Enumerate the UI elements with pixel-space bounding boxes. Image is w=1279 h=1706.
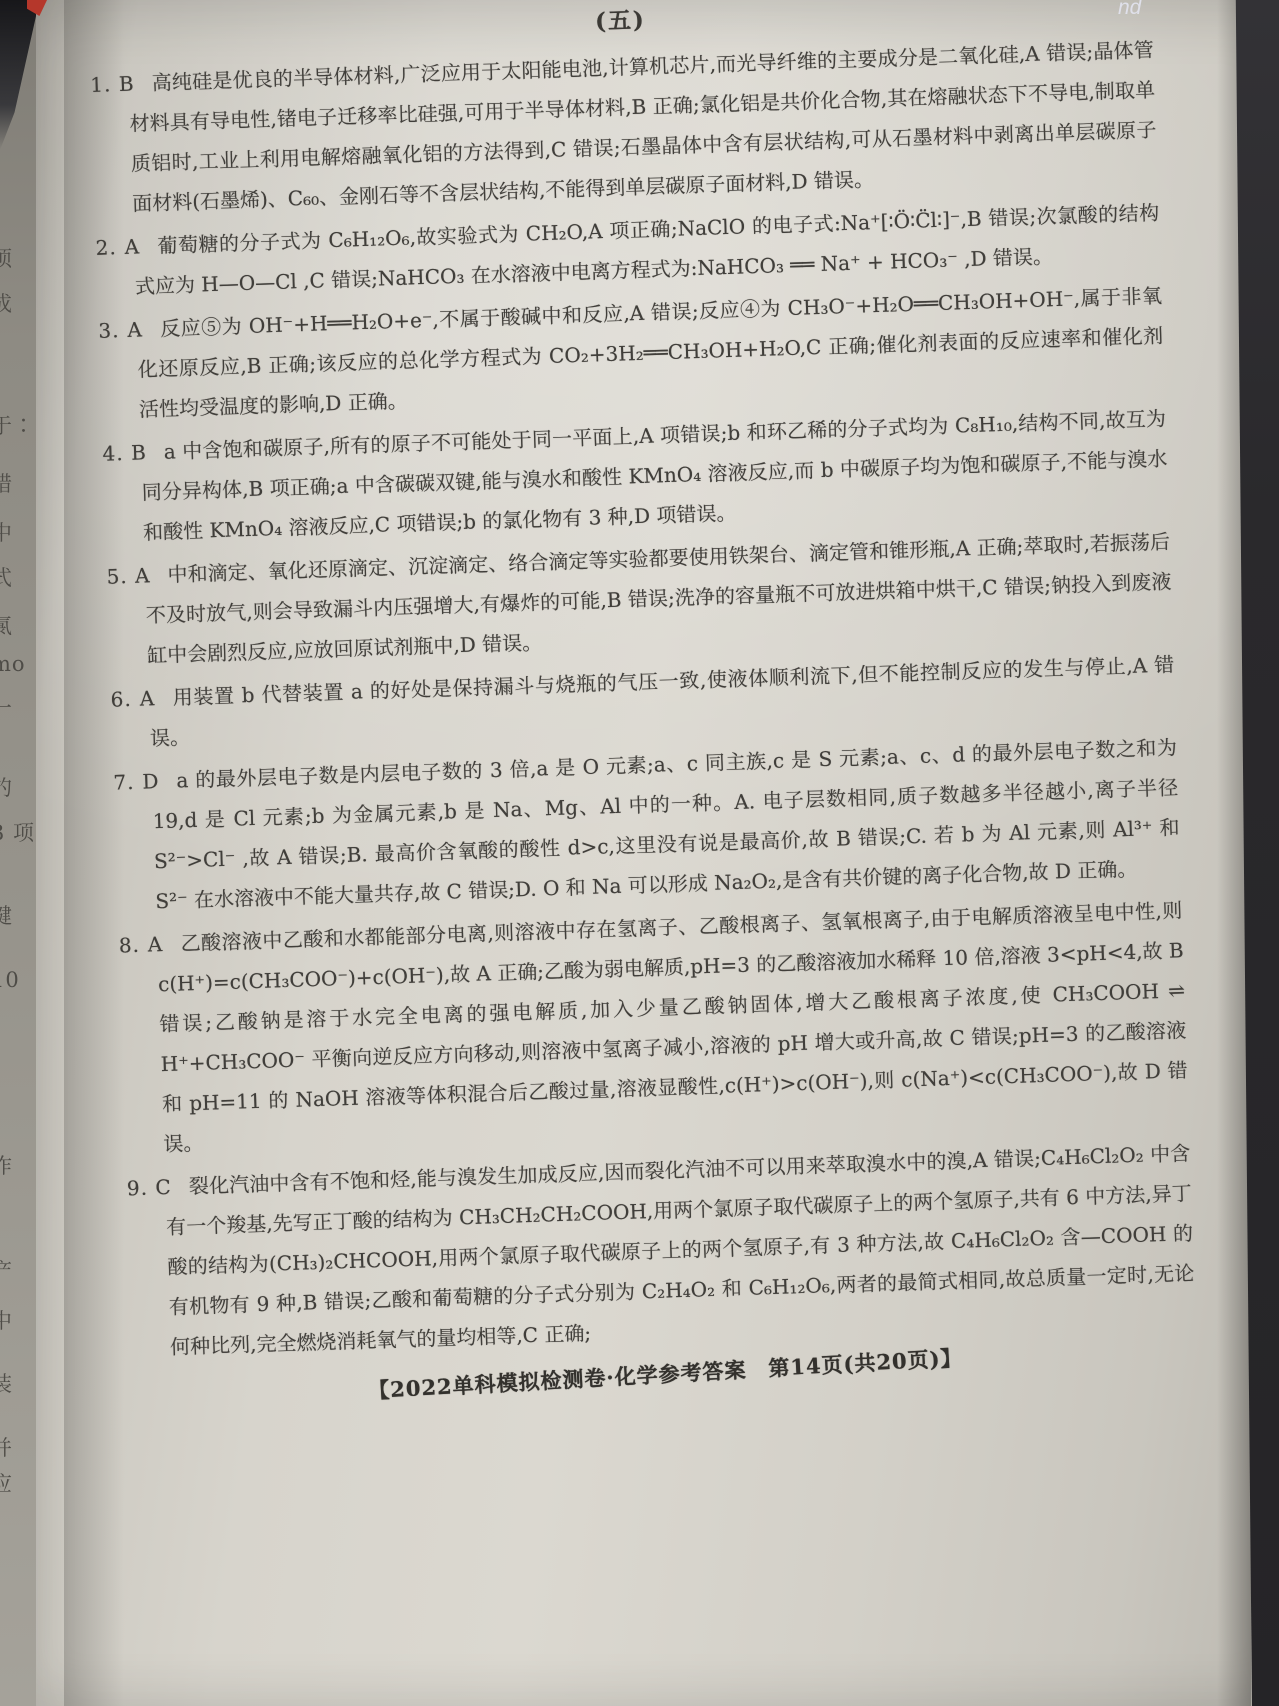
- answer-item: 9. C裂化汽油中含有不饱和烃,能与溴发生加成反应,因而裂化汽油不可以用来萃取溴…: [126, 1133, 1196, 1368]
- edge-fragment: 应: [0, 1468, 13, 1498]
- answer-item: 8. A乙酸溶液中乙酸和水都能部分电离,则溶液中存在氢离子、乙酸根离子、氢氧根离…: [118, 890, 1189, 1165]
- edge-fragment: 成: [0, 288, 13, 318]
- edge-fragment: 错: [0, 468, 13, 498]
- answer-item: 1. B高纯硅是优良的半导体材料,广泛应用于太阳能电池,计算机芯片,而光导纤维的…: [90, 30, 1159, 225]
- answer-list: 1. B高纯硅是优良的半导体材料,广泛应用于太阳能电池,计算机芯片,而光导纤维的…: [90, 30, 1197, 1369]
- item-explanation-text: 高纯硅是优良的半导体材料,广泛应用于太阳能电池,计算机芯片,而光导纤维的主要成分…: [129, 38, 1157, 216]
- photo-of-answer-sheet: 项成于∶错中式氯mo一的3 项键10作产中装并应 (五) 1. B高纯硅是优良的…: [0, 0, 1279, 1706]
- edge-fragment: 3 项: [0, 817, 35, 847]
- item-explanation-text: a 的最外层电子数是内层电子数的 3 倍,a 是 O 元素;a、c 同主族,c …: [152, 735, 1180, 913]
- item-explanation-text: 中和滴定、氧化还原滴定、沉淀滴定、络合滴定等实验都要使用铁架台、滴定管和锥形瓶,…: [146, 529, 1172, 667]
- edge-fragment: 氯: [0, 610, 13, 640]
- edge-fragment: 项: [0, 243, 13, 273]
- edge-fragment: 键: [0, 900, 13, 930]
- left-edge-fragments: 项成于∶错中式氯mo一的3 项键10作产中装并应: [0, 0, 40, 1706]
- item-number-and-answer: 8. A: [118, 932, 163, 957]
- item-number-and-answer: 2. A: [95, 234, 140, 259]
- answer-item: 7. Da 的最外层电子数是内层电子数的 3 倍,a 是 O 元素;a、c 同主…: [113, 727, 1182, 922]
- item-explanation-text: 反应⑤为 OH⁻+H══H₂O+e⁻,不属于酸碱中和反应,A 错误;反应④为 C…: [137, 284, 1163, 422]
- edge-fragment: 式: [0, 562, 13, 592]
- item-number-and-answer: 9. C: [126, 1175, 172, 1200]
- item-number-and-answer: 5. A: [106, 563, 151, 588]
- item-number-and-answer: 6. A: [110, 686, 155, 711]
- edge-fragment: mo: [0, 652, 26, 676]
- printed-content: (五) 1. B高纯硅是优良的半导体材料,广泛应用于太阳能电池,计算机芯片,而光…: [88, 0, 1198, 1406]
- edge-fragment: 装: [0, 1368, 13, 1398]
- item-number-and-answer: 3. A: [98, 317, 143, 342]
- edge-fragment: 中: [0, 517, 13, 547]
- item-number-and-answer: 1. B: [90, 71, 135, 96]
- edge-fragment: 作: [0, 1150, 13, 1180]
- item-number-and-answer: 4. B: [102, 440, 147, 465]
- edge-fragment: 10: [0, 968, 20, 992]
- item-explanation-text: 裂化汽油中含有不饱和烃,能与溴发生加成反应,因而裂化汽油不可以用来萃取溴水中的溴…: [166, 1141, 1195, 1359]
- edge-fragment: 中: [0, 1305, 13, 1335]
- item-number-and-answer: 7. D: [113, 769, 160, 795]
- edge-fragment: 并: [0, 1432, 13, 1462]
- edge-fragment: 产: [0, 1255, 13, 1285]
- item-explanation-text: a 中含饱和碳原子,所有的原子不可能处于同一平面上,A 项错误;b 和环乙稀的分…: [141, 406, 1167, 544]
- watermark-text: nd: [1118, 0, 1141, 20]
- edge-fragment: 一: [0, 692, 13, 722]
- item-explanation-text: 乙酸溶液中乙酸和水都能部分电离,则溶液中存在氢离子、乙酸根离子、氢氧根离子,由于…: [158, 898, 1188, 1156]
- edge-fragment: 于∶: [0, 410, 35, 440]
- edge-fragment: 的: [0, 772, 13, 802]
